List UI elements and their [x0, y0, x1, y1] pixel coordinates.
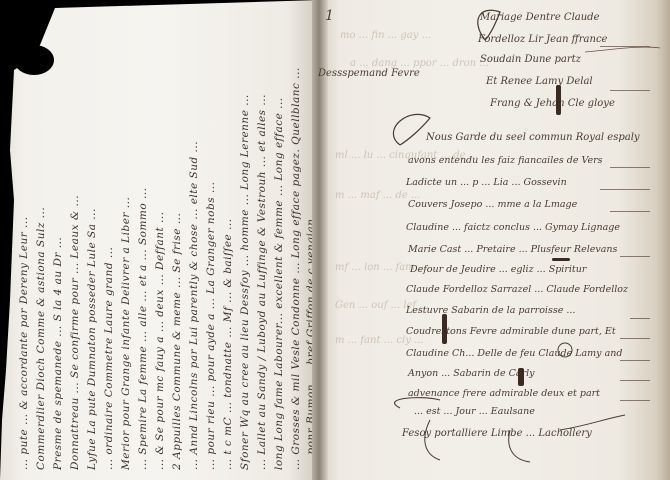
handwriting-flourishes [0, 0, 670, 480]
manuscript-spread: ... pute ... & accordante par Dereny Leu… [0, 0, 670, 480]
